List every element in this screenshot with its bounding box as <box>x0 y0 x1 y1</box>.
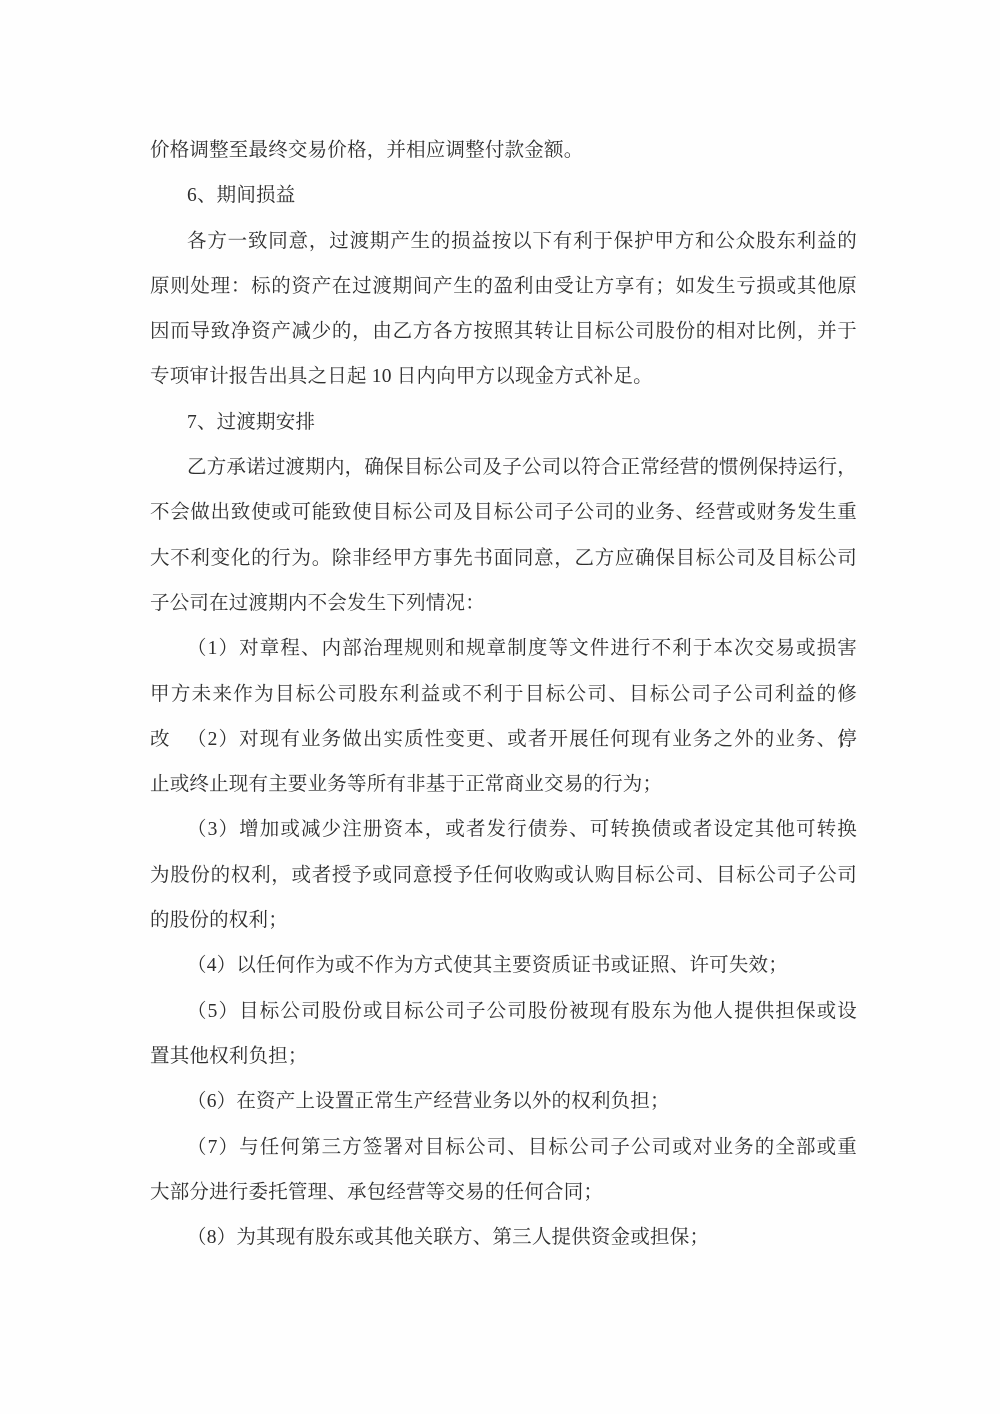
doc-line: 为股份的权利，或者授予或同意授予任何收购或认购目标公司、目标公司子公司 <box>150 853 857 898</box>
doc-line: 乙方承诺过渡期内，确保目标公司及子公司以符合正常经营的惯例保持运行， <box>150 445 857 490</box>
doc-line: 不会做出致使或可能致使目标公司及目标公司子公司的业务、经营或财务发生重 <box>150 490 857 535</box>
doc-line: 子公司在过渡期内不会发生下列情况： <box>150 581 857 626</box>
doc-heading-7: 7、过渡期安排 <box>150 400 857 445</box>
doc-line: 甲方未来作为目标公司股东利益或不利于目标公司、目标公司子公司利益的修改； <box>150 672 857 717</box>
doc-line: 价格调整至最终交易价格，并相应调整付款金额。 <box>150 128 857 173</box>
doc-item-4: （4）以任何作为或不作为方式使其主要资质证书或证照、许可失效； <box>150 943 857 988</box>
document-body: 价格调整至最终交易价格，并相应调整付款金额。 6、期间损益 各方一致同意，过渡期… <box>150 128 857 1260</box>
doc-item-1: （1）对章程、内部治理规则和规章制度等文件进行不利于本次交易或损害 <box>150 626 857 671</box>
doc-line: 的股份的权利； <box>150 898 857 943</box>
doc-item-2: （2）对现有业务做出实质性变更、或者开展任何现有业务之外的业务、停 <box>150 717 857 762</box>
doc-line: 大不利变化的行为。除非经甲方事先书面同意，乙方应确保目标公司及目标公司 <box>150 536 857 581</box>
doc-item-8: （8）为其现有股东或其他关联方、第三人提供资金或担保； <box>150 1215 857 1260</box>
doc-line: 原则处理：标的资产在过渡期间产生的盈利由受让方享有；如发生亏损或其他原 <box>150 264 857 309</box>
document-page: 价格调整至最终交易价格，并相应调整付款金额。 6、期间损益 各方一致同意，过渡期… <box>0 0 1000 1414</box>
doc-line: 专项审计报告出具之日起 10 日内向甲方以现金方式补足。 <box>150 354 857 399</box>
doc-line: 大部分进行委托管理、承包经营等交易的任何合同； <box>150 1170 857 1215</box>
doc-item-3: （3）增加或减少注册资本，或者发行债券、可转换债或者设定其他可转换 <box>150 807 857 852</box>
doc-line: 因而导致净资产减少的，由乙方各方按照其转让目标公司股份的相对比例，并于 <box>150 309 857 354</box>
doc-line: 各方一致同意，过渡期产生的损益按以下有利于保护甲方和公众股东利益的 <box>150 219 857 264</box>
doc-line: 置其他权利负担； <box>150 1034 857 1079</box>
doc-line: 止或终止现有主要业务等所有非基于正常商业交易的行为； <box>150 762 857 807</box>
doc-item-7: （7）与任何第三方签署对目标公司、目标公司子公司或对业务的全部或重 <box>150 1125 857 1170</box>
doc-item-6: （6）在资产上设置正常生产经营业务以外的权利负担； <box>150 1079 857 1124</box>
doc-heading-6: 6、期间损益 <box>150 173 857 218</box>
doc-item-5: （5）目标公司股份或目标公司子公司股份被现有股东为他人提供担保或设 <box>150 989 857 1034</box>
